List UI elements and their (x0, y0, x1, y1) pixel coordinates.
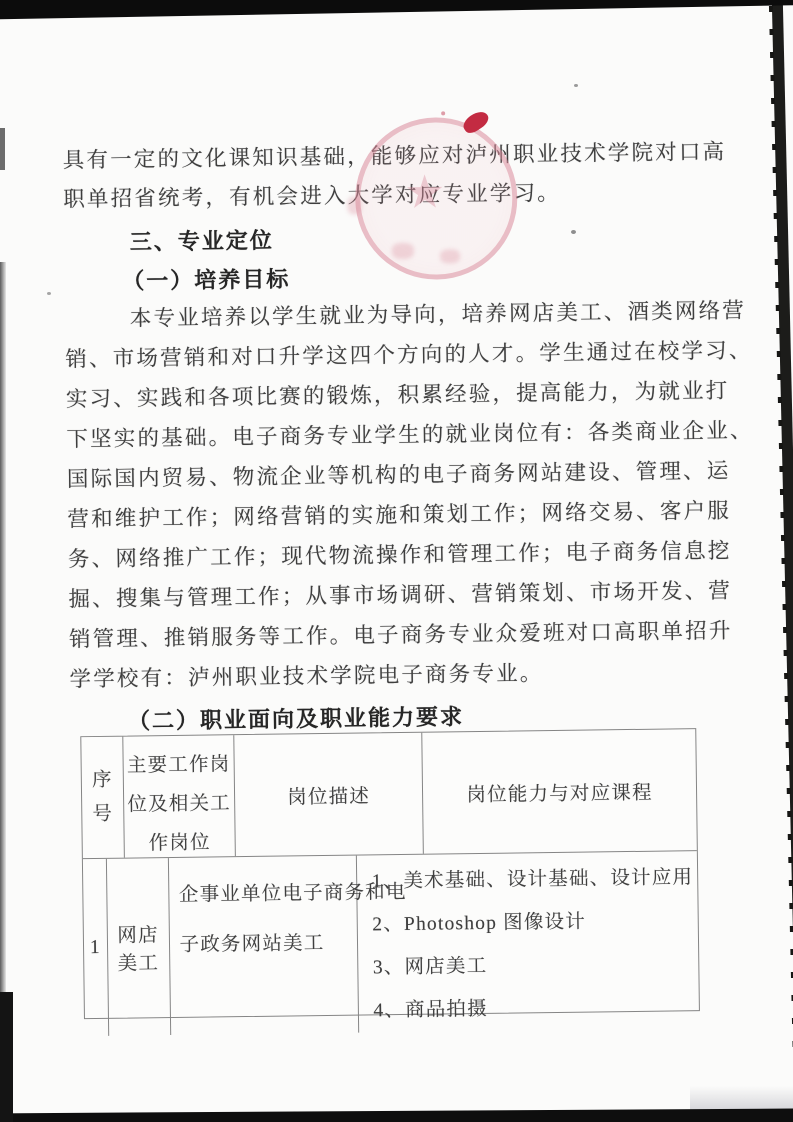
text-line: 务、网络推广工作；现代物流操作和管理工作；电子商务信息挖 (68, 538, 736, 573)
desc-line: 子政务网站美工 (179, 919, 351, 971)
stamp-text-smudge (392, 243, 414, 259)
text-line: 掘、搜集与管理工作；从事市场调研、营销策划、市场开发、营 (68, 578, 736, 613)
header-cell-desc: 岗位描述 (234, 733, 424, 856)
header-cell-skills: 岗位能力与对应课程 (422, 729, 697, 854)
text-line: 实习、实践和各项比赛的锻炼，积累经验，提高能力，为就业打 (66, 378, 734, 413)
stamp-text-smudge (440, 249, 460, 263)
cell-skills: 1、美术基础、设计基础、设计应用 2、Photoshop 图像设计 3、网店美工… (356, 851, 699, 1032)
text-line: 学学校有：泸州职业技术学院电子商务专业。 (69, 658, 737, 693)
scan-left-edge-strip (0, 262, 6, 1002)
scan-right-edge-strip (772, 0, 793, 1059)
subsection-heading-1: （一）培养目标 (122, 262, 290, 295)
scan-left-edge-smudge (0, 128, 5, 170)
jobs-table: 序 号 主要工作岗 位及相关工 作岗位 岗位描述 岗位能力与对应课程 1 网店美… (80, 728, 700, 1019)
subsection-heading-2: （二）职业面向及职业能力要求 (128, 700, 464, 735)
header-seq-line: 序 (92, 763, 113, 797)
header-cell-job: 主要工作岗 位及相关工 作岗位 (123, 735, 236, 857)
cell-seq: 1 (83, 859, 109, 1036)
header-job-line: 位及相关工 (124, 784, 235, 824)
skill-line: 1、美术基础、设计基础、设计应用 (371, 856, 693, 903)
scanned-document-page: ★ 具有一定的文化课知识基础，能够应对泸州职业技术学院对口高 职单招省统考，有机… (0, 0, 793, 1122)
section-heading: 三、专业定位 (130, 224, 274, 257)
document-sheet: ★ 具有一定的文化课知识基础，能够应对泸州职业技术学院对口高 职单招省统考，有机… (0, 0, 793, 1122)
text-line: 下坚实的基础。电子商务专业学生的就业岗位有：各类商业企业、 (66, 418, 734, 453)
text-line: 销管理、推销服务等工作。电子商务专业众爱班对口高职单招升 (69, 618, 737, 653)
stamp-text-smudge (347, 196, 361, 214)
scan-left-corner-strip (0, 992, 13, 1122)
cell-desc: 企事业单位电子商务和电 子政务网站美工 (168, 856, 358, 1035)
stamp-star-icon: ★ (404, 164, 446, 219)
skill-line: 3、网店美工 (373, 942, 695, 989)
desc-line: 企事业单位电子商务和电 (179, 869, 351, 921)
red-ink-speck (441, 111, 445, 115)
header-job-line: 主要工作岗 (123, 745, 234, 785)
table-header-row: 序 号 主要工作岗 位及相关工 作岗位 岗位描述 岗位能力与对应课程 (81, 729, 697, 859)
text-line: 营和维护工作；网络营销的实施和策划工作；网络交易、客户服 (67, 498, 735, 533)
text-line: 本专业培养以学生就业为导向，培养网店美工、酒类网络营 (130, 297, 793, 332)
header-cell-seq: 序 号 (81, 737, 125, 859)
skill-line: 4、商品拍摄 (373, 985, 695, 1032)
header-seq-line: 号 (92, 797, 113, 831)
skill-line: 2、Photoshop 图像设计 (372, 899, 694, 946)
text-line: 销、市场营销和对口升学这四个方向的人才。学生通过在校学习、 (65, 338, 733, 373)
table-body-row: 1 网店美工 企事业单位电子商务和电 子政务网站美工 1、美术基础、设计基础、设… (83, 851, 699, 1036)
cell-job: 网店美工 (107, 858, 171, 1036)
text-line: 国际国内贸易、物流企业等机构的电子商务网站建设、管理、运 (67, 458, 735, 493)
